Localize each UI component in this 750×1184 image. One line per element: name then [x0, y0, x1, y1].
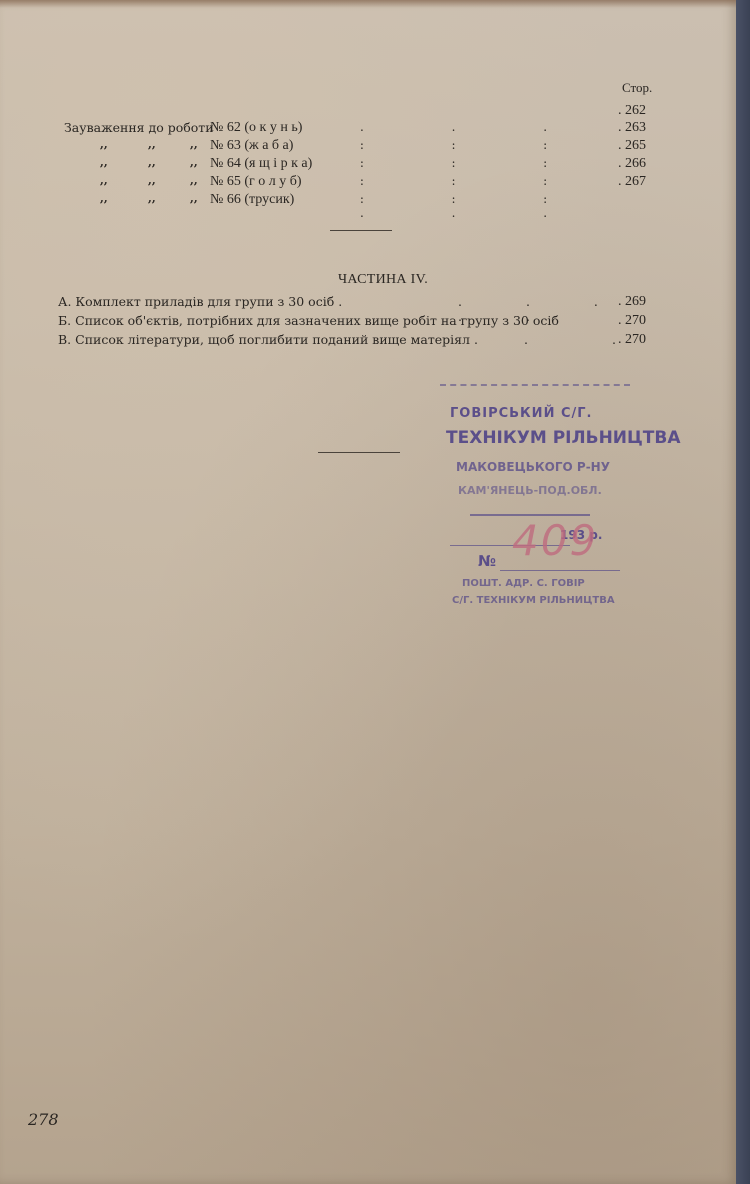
toc-page-number: . 263 [618, 120, 646, 136]
part-four-item: В. Список літератури, щоб поглибити пода… [58, 332, 658, 350]
toc-row-continuation: . 262 [0, 103, 738, 121]
toc-row: ,, ,, ,, № 65 (г о л у б) . . . . . . . … [0, 174, 738, 192]
part-four-item-label: Б. Список об'єктів, потрібних для зазнач… [58, 313, 559, 328]
toc-row: ,, ,, ,, № 64 (я щ і р к а) . . . . . . … [0, 156, 738, 174]
stamp-line: С/Г. ТЕХНІКУМ РІЛЬНИЦТВА [452, 595, 615, 606]
ditto-mark: ,, [190, 174, 198, 187]
part-four-item-label: В. Список літератури, щоб поглибити пода… [58, 332, 478, 347]
toc-page-number: . 266 [618, 156, 646, 172]
ditto-mark: ,, [148, 138, 156, 151]
ditto-mark: ,, [190, 138, 198, 151]
leader-dots: . . . . . . [360, 192, 600, 220]
toc-row-number: № 65 (г о л у б) [210, 174, 302, 190]
stamp-line: ПОШТ. АДР. С. ГОВІР [462, 578, 585, 589]
ditto-mark: ,, [100, 138, 108, 151]
handwritten-inventory-number: 409 [512, 516, 598, 565]
part-four-item: А. Комплект приладів для групи з 30 осіб… [58, 294, 658, 312]
stamp-line: МАКОВЕЦЬКОГО Р-НУ [456, 460, 610, 474]
toc-row: ,, ,, ,, № 63 (ж а б а) . . . . . . . 26… [0, 138, 738, 156]
part-four-title: ЧАСТИНА IV. [338, 272, 428, 288]
ditto-mark: ,, [148, 192, 156, 205]
ditto-mark: ,, [190, 156, 198, 169]
stamp-line: ГОВІРСЬКИЙ С/Г. [450, 406, 592, 421]
toc-row-number: № 66 (трусик) [210, 192, 294, 208]
toc-page-number: . 267 [618, 174, 646, 190]
part-four-item-label: А. Комплект приладів для групи з 30 осіб… [58, 294, 342, 309]
part-four-page-number: . 270 [618, 332, 646, 348]
toc-page-number: . 265 [618, 138, 646, 154]
stamp-line: ТЕХНІКУМ РІЛЬНИЦТВА [446, 428, 681, 448]
section-divider [330, 230, 392, 231]
part-four-page-number: . 270 [618, 313, 646, 329]
toc-page-number: . 262 [618, 103, 646, 119]
stamp-frame [440, 384, 630, 388]
stamp-number-label: № [478, 552, 496, 570]
page-folio-number: 278 [28, 1110, 59, 1129]
ditto-mark: ,, [148, 174, 156, 187]
toc-row-number: № 62 (о к у н ь) [210, 120, 302, 136]
stamp-line: КАМ'ЯНЕЦЬ-ПОД.ОБЛ. [458, 484, 602, 497]
stamp-rule [500, 570, 620, 571]
toc-row-number: № 63 (ж а б а) [210, 138, 293, 154]
page-edge-stain [0, 0, 738, 8]
toc-row-label: Зауваження до роботи [64, 120, 214, 135]
toc-row: Зауваження до роботи № 62 (о к у н ь) . … [0, 120, 738, 138]
part-four-page-number: . 269 [618, 294, 646, 310]
ditto-mark: ,, [100, 156, 108, 169]
ditto-mark: ,, [100, 174, 108, 187]
document-page: Стор. . 262 Зауваження до роботи № 62 (о… [0, 0, 738, 1184]
book-cover-edge [736, 0, 750, 1184]
library-stamp: ГОВІРСЬКИЙ С/Г. ТЕХНІКУМ РІЛЬНИЦТВА МАКО… [440, 378, 640, 608]
ditto-mark: ,, [148, 156, 156, 169]
toc-row: ,, ,, ,, № 66 (трусик) . . . . . . [0, 192, 738, 210]
toc-row-number: № 64 (я щ і р к а) [210, 156, 312, 172]
page-column-header: Стор. [622, 80, 652, 96]
section-divider [318, 452, 400, 453]
part-four-item: Б. Список об'єктів, потрібних для зазнач… [58, 313, 658, 331]
ditto-mark: ,, [100, 192, 108, 205]
ditto-mark: ,, [190, 192, 198, 205]
